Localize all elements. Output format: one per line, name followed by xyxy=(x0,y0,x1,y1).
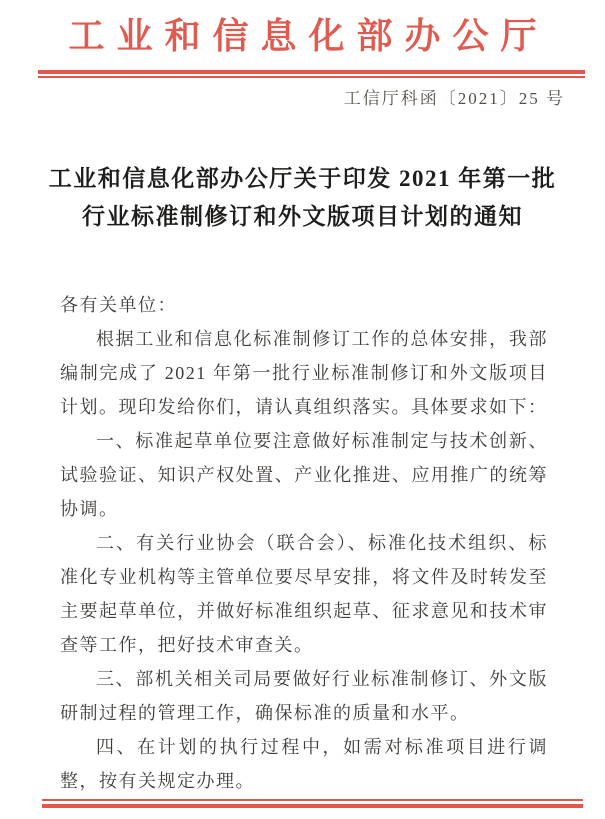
letterhead-agency-title: 工业和信息化部办公厅 xyxy=(0,0,605,58)
footer-divider xyxy=(42,799,583,808)
body-paragraph: 一、标准起草单位要注意做好标准制定与技术创新、试验验证、知识产权处置、产业化推进… xyxy=(60,424,548,526)
document-title-line-1: 工业和信息化部办公厅关于印发 2021 年第一批 xyxy=(0,160,605,198)
document-body: 各有关单位： 根据工业和信息化标准制修订工作的总体安排，我部编制完成了 2021… xyxy=(60,288,548,798)
body-paragraph: 二、有关行业协会（联合会）、标准化技术组织、标准化专业机构等主管单位要尽早安排，… xyxy=(60,526,548,662)
salutation: 各有关单位： xyxy=(60,288,548,322)
document-page: 工业和信息化部办公厅 工信厅科函〔2021〕25 号 工业和信息化部办公厅关于印… xyxy=(0,0,605,819)
body-paragraph: 三、部机关相关司局要做好行业标准制修订、外文版研制过程的管理工作，确保标准的质量… xyxy=(60,662,548,730)
letterhead-divider xyxy=(38,70,585,78)
document-number: 工信厅科函〔2021〕25 号 xyxy=(0,88,605,110)
body-paragraph: 四、在计划的执行过程中，如需对标准项目进行调整，按有关规定办理。 xyxy=(60,730,548,798)
document-title-line-2: 行业标准制修订和外文版项目计划的通知 xyxy=(0,198,605,236)
document-title: 工业和信息化部办公厅关于印发 2021 年第一批 行业标准制修订和外文版项目计划… xyxy=(0,160,605,236)
body-paragraph: 根据工业和信息化标准制修订工作的总体安排，我部编制完成了 2021 年第一批行业… xyxy=(60,322,548,424)
